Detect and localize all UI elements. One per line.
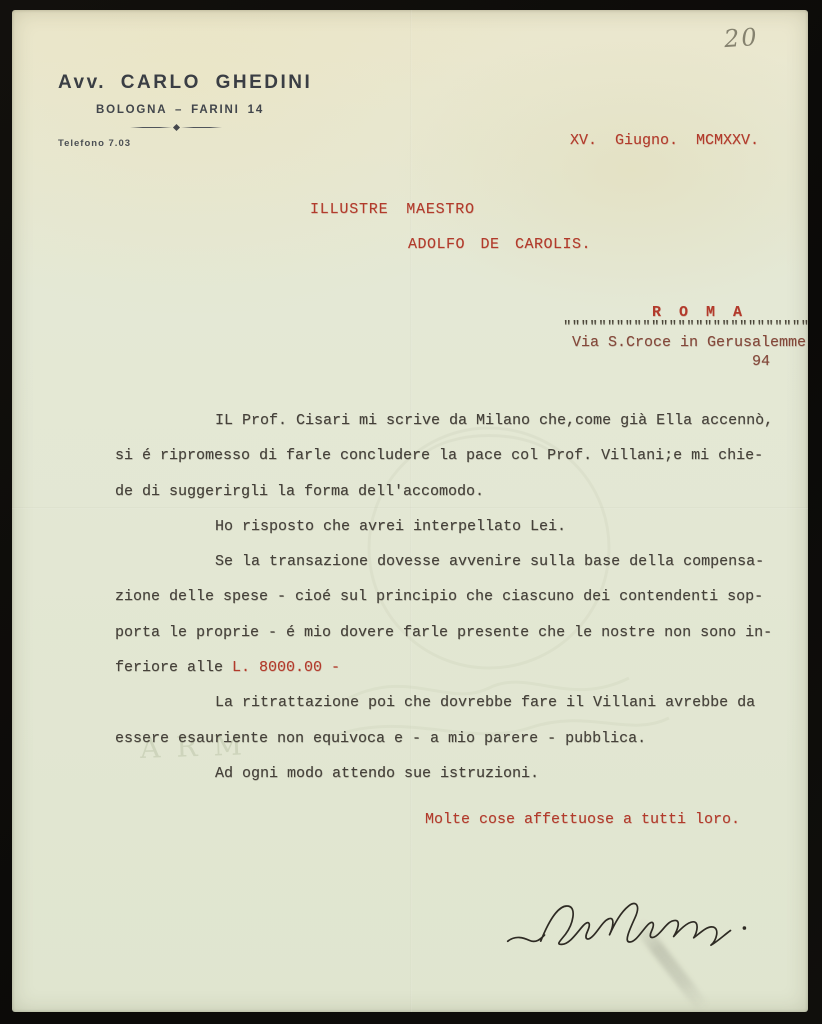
recipient-salutation: ILLUSTRE MAESTRO <box>310 201 475 218</box>
body-line: si é ripromesso di farle concludere la p… <box>115 438 805 473</box>
destination-street: Via S.Croce in Gerusalemme <box>572 334 806 351</box>
body-line: porta le proprie - é mio dovere farle pr… <box>115 615 805 650</box>
body-line: La ritrattazione poi che dovrebbe fare i… <box>115 685 805 720</box>
body-line: Ad ogni modo attendo sue istruzioni. <box>115 756 805 791</box>
handwritten-page-number: 20 <box>723 23 759 53</box>
body-line: Ho risposto che avrei interpellato Lei. <box>115 509 805 544</box>
body-line: essere esauriente non equivoca e - a mio… <box>115 721 805 756</box>
signature-flourish <box>501 851 758 930</box>
closing-line: Molte cose affettuose a tutti loro. <box>425 811 740 828</box>
scanned-letter: ARM Avv. CARLO GHEDINI BOLOGNA – FARINI … <box>0 0 822 1024</box>
destination-underline-marks: """""""""""""""""""""""""""""""""" <box>563 319 808 335</box>
letterhead-name: Avv. CARLO GHEDINI <box>58 72 312 94</box>
letter-paper: ARM Avv. CARLO GHEDINI BOLOGNA – FARINI … <box>12 10 808 1012</box>
body-line: de di suggerirgli la forma dell'accomodo… <box>115 474 805 509</box>
date-line: XV. Giugno. MCMXXV. <box>570 132 759 149</box>
letterhead-divider-ornament <box>130 124 222 131</box>
body-line-prefix: feriore alle <box>115 659 232 676</box>
letterhead-address: BOLOGNA – FARINI 14 <box>96 104 264 116</box>
destination-street-number: 94 <box>752 353 770 370</box>
body-line: Se la transazione dovesse avvenire sulla… <box>115 544 805 579</box>
body-line: IL Prof. Cisari mi scrive da Milano che,… <box>115 403 805 438</box>
recipient-name: ADOLFO DE CAROLIS. <box>408 236 591 253</box>
body-line: zione delle spese - cioé sul principio c… <box>115 579 805 614</box>
amount-highlight: L. 8000.00 - <box>232 659 340 676</box>
letterhead-phone: Telefono 7.03 <box>58 138 131 149</box>
body-line-with-amount: feriore alle L. 8000.00 - <box>115 650 805 685</box>
letter-body: IL Prof. Cisari mi scrive da Milano che,… <box>115 403 805 791</box>
